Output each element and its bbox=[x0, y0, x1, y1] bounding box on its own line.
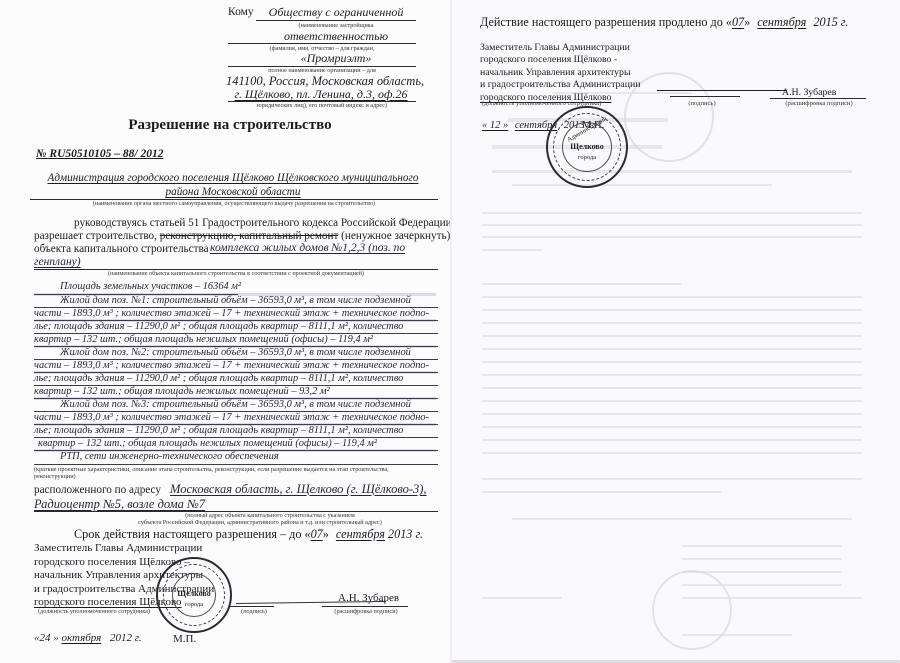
addressee-line-1: Обществу с ограниченной bbox=[258, 5, 414, 20]
object-name-line-1: комплекса жилых домов №1,2,3 (поз. по bbox=[210, 242, 405, 254]
addressee-label: Кому bbox=[228, 6, 254, 18]
spec-line: квартир – 132 шт.; общая площадь нежилых… bbox=[38, 438, 377, 449]
addressee-line-5: г. Щёлково, пл. Ленина, д.3, оф.26 bbox=[228, 87, 414, 102]
addressee-caption-4: юридических лиц), его почтовый индекс и … bbox=[228, 102, 416, 109]
seal-mark: М.П. bbox=[173, 633, 196, 645]
position-caption: (должность уполномоченного сотрудника) bbox=[38, 608, 150, 615]
permit-page-front: Кому Обществу с ограниченной (наименован… bbox=[0, 0, 452, 663]
permit-page-back: Действие настоящего разрешения продлено … bbox=[452, 0, 900, 663]
name-caption: (расшифровка подписи) bbox=[326, 608, 406, 615]
addressee-line-2: ответственностью bbox=[256, 29, 416, 44]
spec-line: части – 1893,0 м³ ; количество этажей – … bbox=[34, 360, 429, 371]
issue-date-month: октября bbox=[62, 632, 102, 644]
spec-line: лье; площадь здания – 11290,0 м² ; общая… bbox=[34, 321, 403, 332]
spec-line: Площадь земельных участков – 16364 м² bbox=[60, 281, 241, 292]
addressee-line-3: «Промриэлт» bbox=[256, 51, 416, 66]
validity-period: Срок действия настоящего разрешения – до… bbox=[74, 527, 423, 542]
spec-line: части – 1893,0 м³ ; количество этажей – … bbox=[34, 412, 429, 423]
spec-line: квартир – 132 шт.; общая площадь нежилых… bbox=[34, 334, 373, 345]
extension-official-seal-stamp: Администрация Щелково города bbox=[546, 106, 628, 188]
spec-line: лье; площадь здания – 11290,0 м² ; общая… bbox=[34, 373, 403, 384]
location-address-line-2: Радиоцентр №5, возле дома №7 bbox=[34, 497, 205, 512]
extension-signature-stroke bbox=[657, 90, 787, 91]
location-label: расположенного по адресу bbox=[34, 484, 161, 496]
validity-year: 2013 г. bbox=[385, 527, 423, 541]
extension-day: 07 bbox=[732, 15, 744, 29]
official-seal-stamp: Щелково города bbox=[156, 557, 232, 633]
signature-caption: (подпись) bbox=[236, 608, 272, 615]
extension-signature-caption: (подпись) bbox=[682, 100, 722, 107]
object-name-caption: (наименование объекта капитального строи… bbox=[34, 270, 438, 277]
validity-day: 07 bbox=[311, 527, 323, 541]
basis-line-2: разрешает строительство, реконструкцию, … bbox=[34, 230, 450, 242]
spec-line: Жилой дом поз. №3: строительный объём – … bbox=[60, 399, 411, 410]
addressee-caption-3: полное наименование организации – для bbox=[228, 67, 416, 74]
extension-signatory-position: Заместитель Главы Администрации городско… bbox=[480, 42, 641, 104]
basis-line-1: руководствуясь статьей 51 Градостроитель… bbox=[74, 217, 454, 229]
location-caption-1: (полный адрес объекта капитального строи… bbox=[120, 512, 420, 519]
location-caption-2: субъекта Российской Федерации, администр… bbox=[80, 519, 440, 526]
spec-line: части – 1893,0 м³ ; количество этажей – … bbox=[34, 308, 429, 319]
addressee-caption-1: (наименование застройщика bbox=[256, 22, 416, 29]
spec-line: квартир – 132 шт.; общая площадь нежилых… bbox=[34, 386, 330, 397]
issuing-authority-line-1: Администрация городского поселения Щёлко… bbox=[28, 172, 438, 184]
specs-caption-2: реконструкции) bbox=[34, 473, 76, 480]
specs-caption-1: (краткие проектные характеристики, описа… bbox=[34, 466, 438, 473]
extension-name-caption: (расшифровка подписи) bbox=[774, 100, 864, 107]
extension-notice: Действие настоящего разрешения продлено … bbox=[480, 15, 848, 30]
issuing-authority-line-2: района Московской области bbox=[28, 186, 438, 198]
location-address-line-1: Московская область, г. Щелково (г. Щёлко… bbox=[170, 482, 427, 497]
spec-line: Жилой дом поз. №2: строительный объём – … bbox=[60, 347, 411, 358]
issue-date: «24 » октября 2012 г. bbox=[34, 632, 142, 644]
extension-year: 2015 г. bbox=[813, 15, 848, 29]
signatory-name: А.Н. Зубарев bbox=[338, 592, 399, 606]
permit-number: № RU50510105 – 88/ 2012 bbox=[36, 148, 163, 160]
document-title: Разрешение на строительство bbox=[20, 117, 440, 134]
spec-line: лье; площадь здания – 11290,0 м² ; общая… bbox=[34, 425, 403, 436]
validity-month: сентября bbox=[336, 527, 385, 541]
spec-line: РТП, сети инженерно-технического обеспеч… bbox=[60, 451, 279, 462]
extension-month: сентября bbox=[757, 15, 806, 29]
spec-line: Жилой дом поз. №1: строительный объём – … bbox=[60, 295, 411, 306]
object-name-line-2: генплану) bbox=[34, 256, 81, 268]
issuing-authority-caption: (наименование органа местного самоуправл… bbox=[30, 200, 438, 207]
struck-out-options: реконструкцию, капитальный ремонт bbox=[160, 230, 339, 242]
basis-object-label: объекта капитального строительства bbox=[34, 243, 209, 255]
